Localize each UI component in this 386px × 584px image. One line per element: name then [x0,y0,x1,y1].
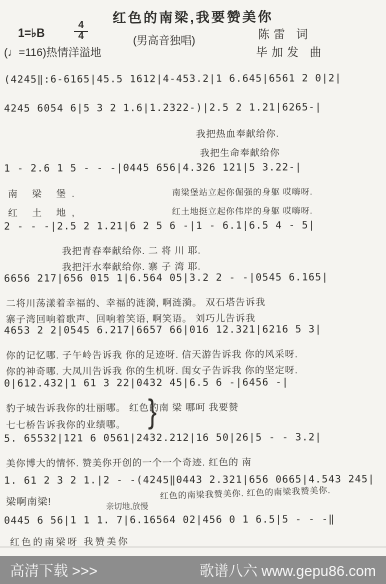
notation-line: 6656 217|656 015 1|6.564 05|3.2 2 - -|05… [4,272,328,284]
lyric-line: 豹子城告诉我你的壮丽哪。 红色的南 梁 哪呵 我要赞 [6,399,239,414]
lyric-line: 红 土 地, [8,205,80,219]
composer-credit: 毕加发 曲 [256,44,325,60]
lyric-line: 南梁堡站立起你倔强的身躯 哎嗨呀. [172,186,313,199]
notation-line: (4245‖:6-6165|45.5 1612|4-453.2|1 6.645|… [4,73,342,85]
lyric-line: 美你博大的情怀. 赞美你开创的一个一个奇迹. 红色的 南 [6,454,252,469]
hd-download-link[interactable]: 高清下载 >>> [10,560,97,581]
footer-bar: 高清下载 >>> 歌谱八六 www.gepu86.com [0,556,386,584]
song-title: 红色的南梁,我要赞美你 [0,5,386,28]
notation-line: 1 - 2.6 1 5 - - -|0445 656|4.326 121|5 3… [4,162,302,174]
lyric-line: 红色的南梁我赞美你. 红色的南梁我赞美你. [160,484,331,502]
lyric-line: 红土地挺立起你伟岸的身躯 哎嗨呀. [172,205,313,218]
site-watermark-link[interactable]: 歌谱八六 www.gepu86.com [200,560,376,581]
lyric-line: 寨子湾回响着歌声、回响着笑语, 啊笑语。 刘巧儿告诉我 [6,310,255,325]
lyric-line: 七七桥告诉我你的业绩哪。 [6,417,126,432]
notation-line: 4653 2 2|0545 6.217|6657 66|016 12.321|6… [4,324,322,336]
lyric-line: 二将川荡漾着幸福的、幸福的涟漪, 啊涟漪。 双石塔告诉我 [6,294,265,309]
lyricist-credit: 陈雷 词 [258,26,312,42]
time-signature-denominator: 4 [74,32,88,42]
tempo-marking: (♩=116)热情洋溢地 [4,44,101,60]
verse-brace: } [148,391,157,431]
lyric-line: 我把汗水奉献给你. 寨 子 湾 耶. [62,259,201,274]
lyric-line: 梁啊南梁! [6,493,51,508]
notation-line: 0445 6 56|1 1 1. 7|6.16564 02|456 0 1 6.… [4,514,335,526]
notation-line: 0|612.432|1 61 3 22|0432 45|6.5 6 -|6456… [4,377,289,389]
tempo-annotation: 亲切地,放慢 [106,501,148,512]
time-signature: 4 4 [74,21,88,42]
lyric-line: 你的神奇哪. 大凤川告诉我 你的生机呀. 闺女子告诉我 你的坚定呀. [6,362,298,378]
lyric-line: 我把生命奉献给你 [200,145,280,159]
notation-line: 4245 6054 6|5 3 2 1.6|1.2322-)|2.5 2 1.2… [4,102,322,114]
notation-line: 5. 65532|121 6 0561|2432.212|16 50|26|5 … [4,432,322,444]
lyric-line: 我把青春奉献给你. 二 将 川 耶. [62,243,201,258]
lyric-line: 南 梁 堡. [8,186,80,200]
notation-line: 2 - - -|2.5 2 1.21|6 2 5 6 -|1 - 6.1|6.5… [4,220,315,232]
lyric-line: 你的记忆哪. 子午岭告诉我 你的足迹呀. 信天游告诉我 你的风采呀. [6,346,298,362]
sheet-music-page: 红色的南梁,我要赞美你 1=♭B 4 4 (男高音独唱) 陈雷 词 (♩=116… [0,0,386,584]
song-subtitle: (男高音独唱) [133,32,195,48]
lyric-line: 我把热血奉献给你. [196,126,279,140]
key-signature: 1=♭B [18,26,45,40]
page-edge-shadow [0,546,386,548]
